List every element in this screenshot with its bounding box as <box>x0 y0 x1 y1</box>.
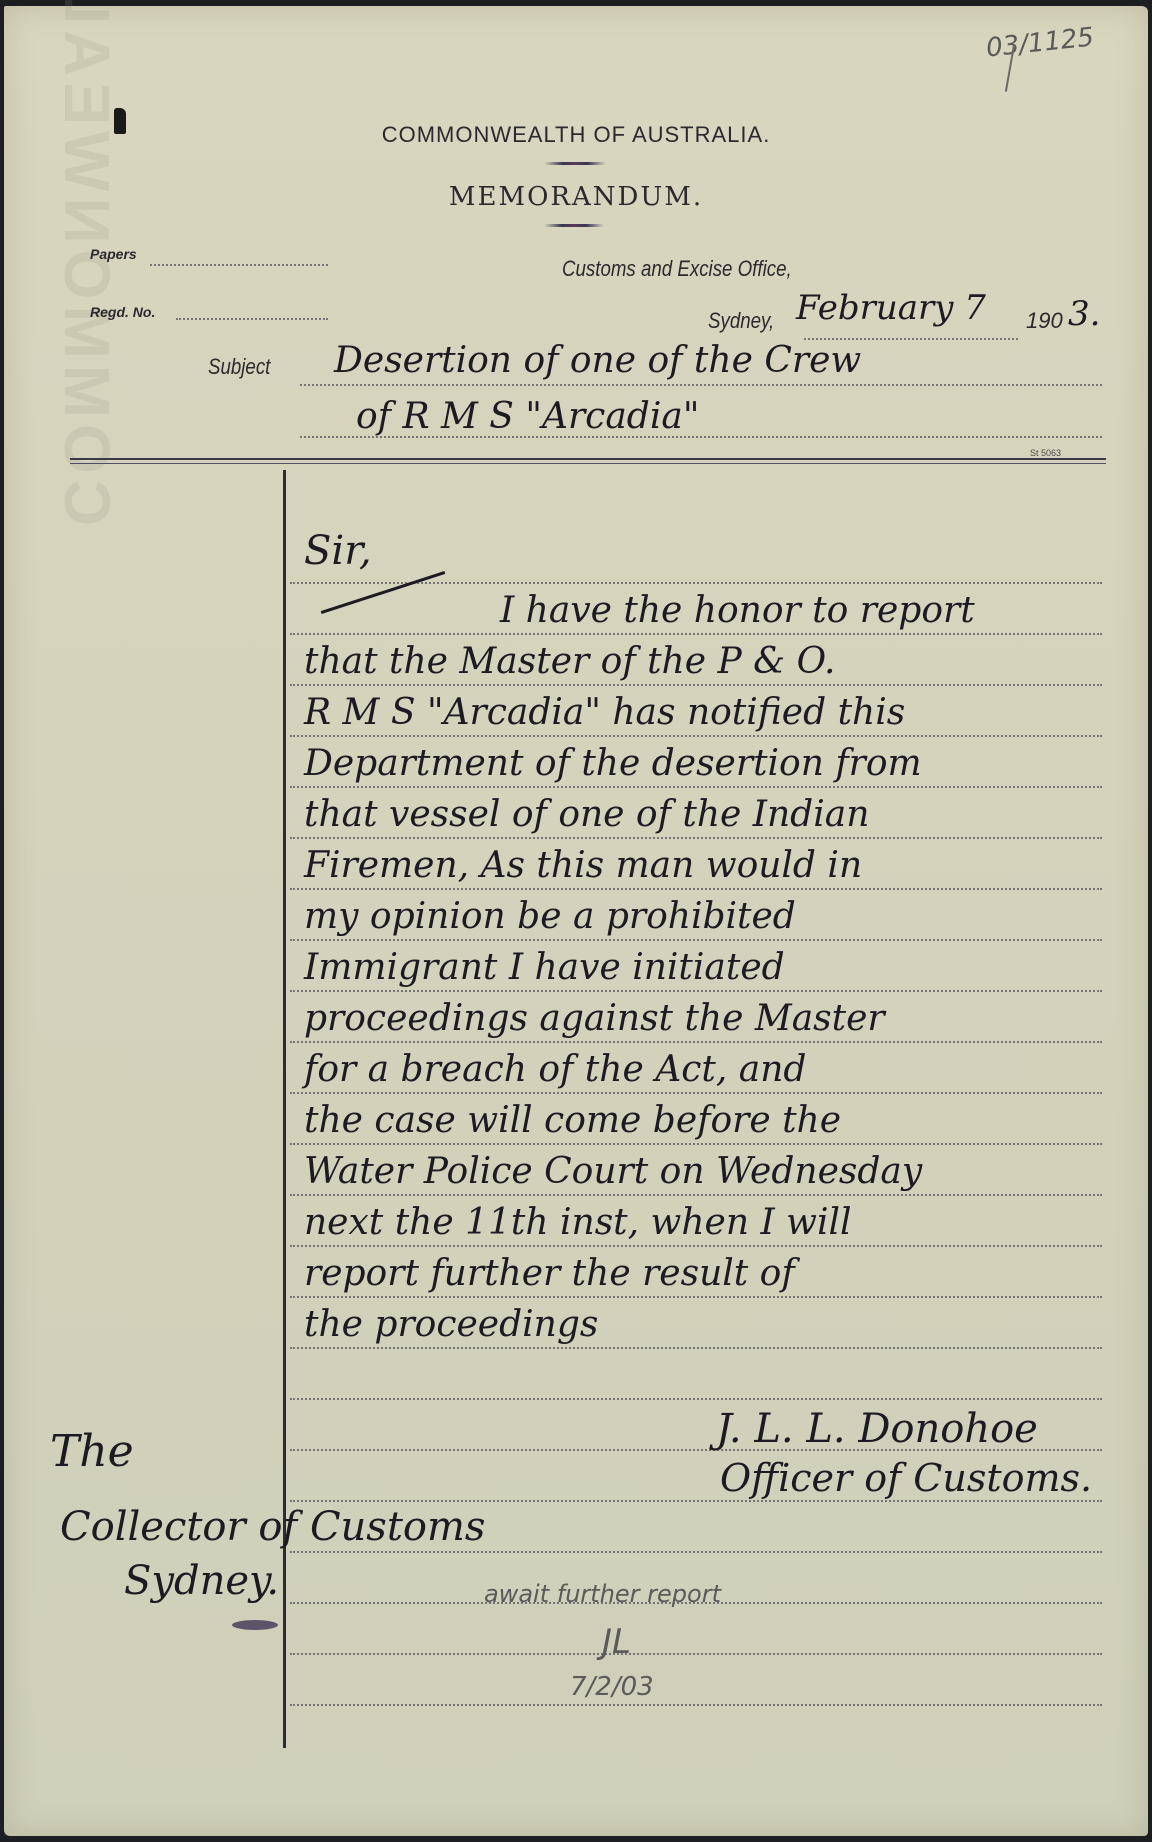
page-title: MEMORANDUM. <box>4 182 1148 212</box>
ruled-line <box>290 1704 1102 1706</box>
subject-rule <box>300 384 1102 386</box>
date-handwritten: February 7 <box>796 288 986 328</box>
body-line-6: Firemen, As this man would in <box>304 845 862 886</box>
body-line-10: for a breach of the Act, and <box>304 1049 806 1090</box>
subject-rule <box>300 436 1102 438</box>
watermark: COMMONWEALTH <box>50 0 124 526</box>
body-line-14: report further the result of <box>304 1253 795 1294</box>
body-line-15: the proceedings <box>304 1304 598 1345</box>
signature: J. L. L. Donohoe <box>716 1406 1038 1452</box>
ruled-line <box>290 1194 1102 1196</box>
subject-label: Subject <box>208 354 270 380</box>
addressee-line-1: The <box>50 1426 134 1477</box>
reference-number: 03/1125 <box>985 22 1096 63</box>
margin-line <box>283 470 286 1748</box>
ruled-line <box>290 1143 1102 1145</box>
body-line-8: Immigrant I have initiated <box>304 947 785 988</box>
salutation-flourish <box>321 571 446 614</box>
regd-no-label: Regd. No. <box>90 304 155 320</box>
body-line-1: I have the honor to report <box>500 590 975 631</box>
header-commonwealth: COMMONWEALTH OF AUSTRALIA. <box>4 122 1148 148</box>
addressee-line-2: Collector of Customs <box>60 1504 485 1550</box>
addressee-line-3: Sydney. <box>124 1558 279 1604</box>
year-handwritten: 3. <box>1068 294 1100 334</box>
ruled-line <box>290 1245 1102 1247</box>
ruled-line <box>290 1347 1102 1349</box>
annotation-initials: JL <box>602 1622 631 1662</box>
year-printed: 190 <box>1026 308 1063 334</box>
ruled-line <box>290 1296 1102 1298</box>
ruled-line <box>290 1551 1102 1553</box>
ornament-divider <box>544 162 606 165</box>
ruled-line <box>290 837 1102 839</box>
papers-field[interactable] <box>150 264 328 266</box>
ruled-line <box>290 786 1102 788</box>
ink-blot <box>232 1620 278 1630</box>
salutation: Sir, <box>304 528 372 574</box>
ruled-line <box>290 735 1102 737</box>
body-line-9: proceedings against the Master <box>304 998 885 1039</box>
ruled-line <box>290 939 1102 941</box>
subject-line-2: of R M S "Arcadia" <box>356 396 699 437</box>
body-line-5: that vessel of one of the Indian <box>304 794 869 835</box>
body-line-2: that the Master of the P & O. <box>304 641 836 682</box>
ruled-line <box>290 1092 1102 1094</box>
body-line-13: next the 11th inst, when I will <box>304 1202 852 1243</box>
ruled-line <box>290 633 1102 635</box>
ruled-line <box>290 1398 1102 1400</box>
ruled-line <box>290 1653 1102 1655</box>
ruled-line <box>290 990 1102 992</box>
body-line-4: Department of the desertion from <box>304 743 922 784</box>
body-line-7: my opinion be a prohibited <box>304 896 796 937</box>
ruled-line <box>290 1041 1102 1043</box>
ruled-line <box>290 1500 1102 1502</box>
subject-line-1: Desertion of one of the Crew <box>334 340 861 381</box>
annotation-note: await further report <box>484 1580 721 1608</box>
place-label: Sydney, <box>708 308 774 334</box>
papers-label: Papers <box>90 246 137 262</box>
regd-no-field[interactable] <box>176 318 328 320</box>
ruled-line <box>290 684 1102 686</box>
annotation-date: 7/2/03 <box>570 1672 654 1702</box>
body-line-12: Water Police Court on Wednesday <box>304 1151 922 1192</box>
ornament-divider <box>544 224 604 227</box>
body-line-11: the case will come before the <box>304 1100 841 1141</box>
header-divider <box>70 458 1106 464</box>
signatory-title: Officer of Customs. <box>720 1456 1092 1500</box>
form-code: St 5063 <box>1030 448 1061 458</box>
office-name: Customs and Excise Office, <box>562 256 792 282</box>
memorandum-page: COMMONWEALTH 03/1125 COMMONWEALTH OF AUS… <box>4 6 1148 1836</box>
ruled-line <box>290 888 1102 890</box>
body-line-3: R M S "Arcadia" has notified this <box>304 692 905 733</box>
